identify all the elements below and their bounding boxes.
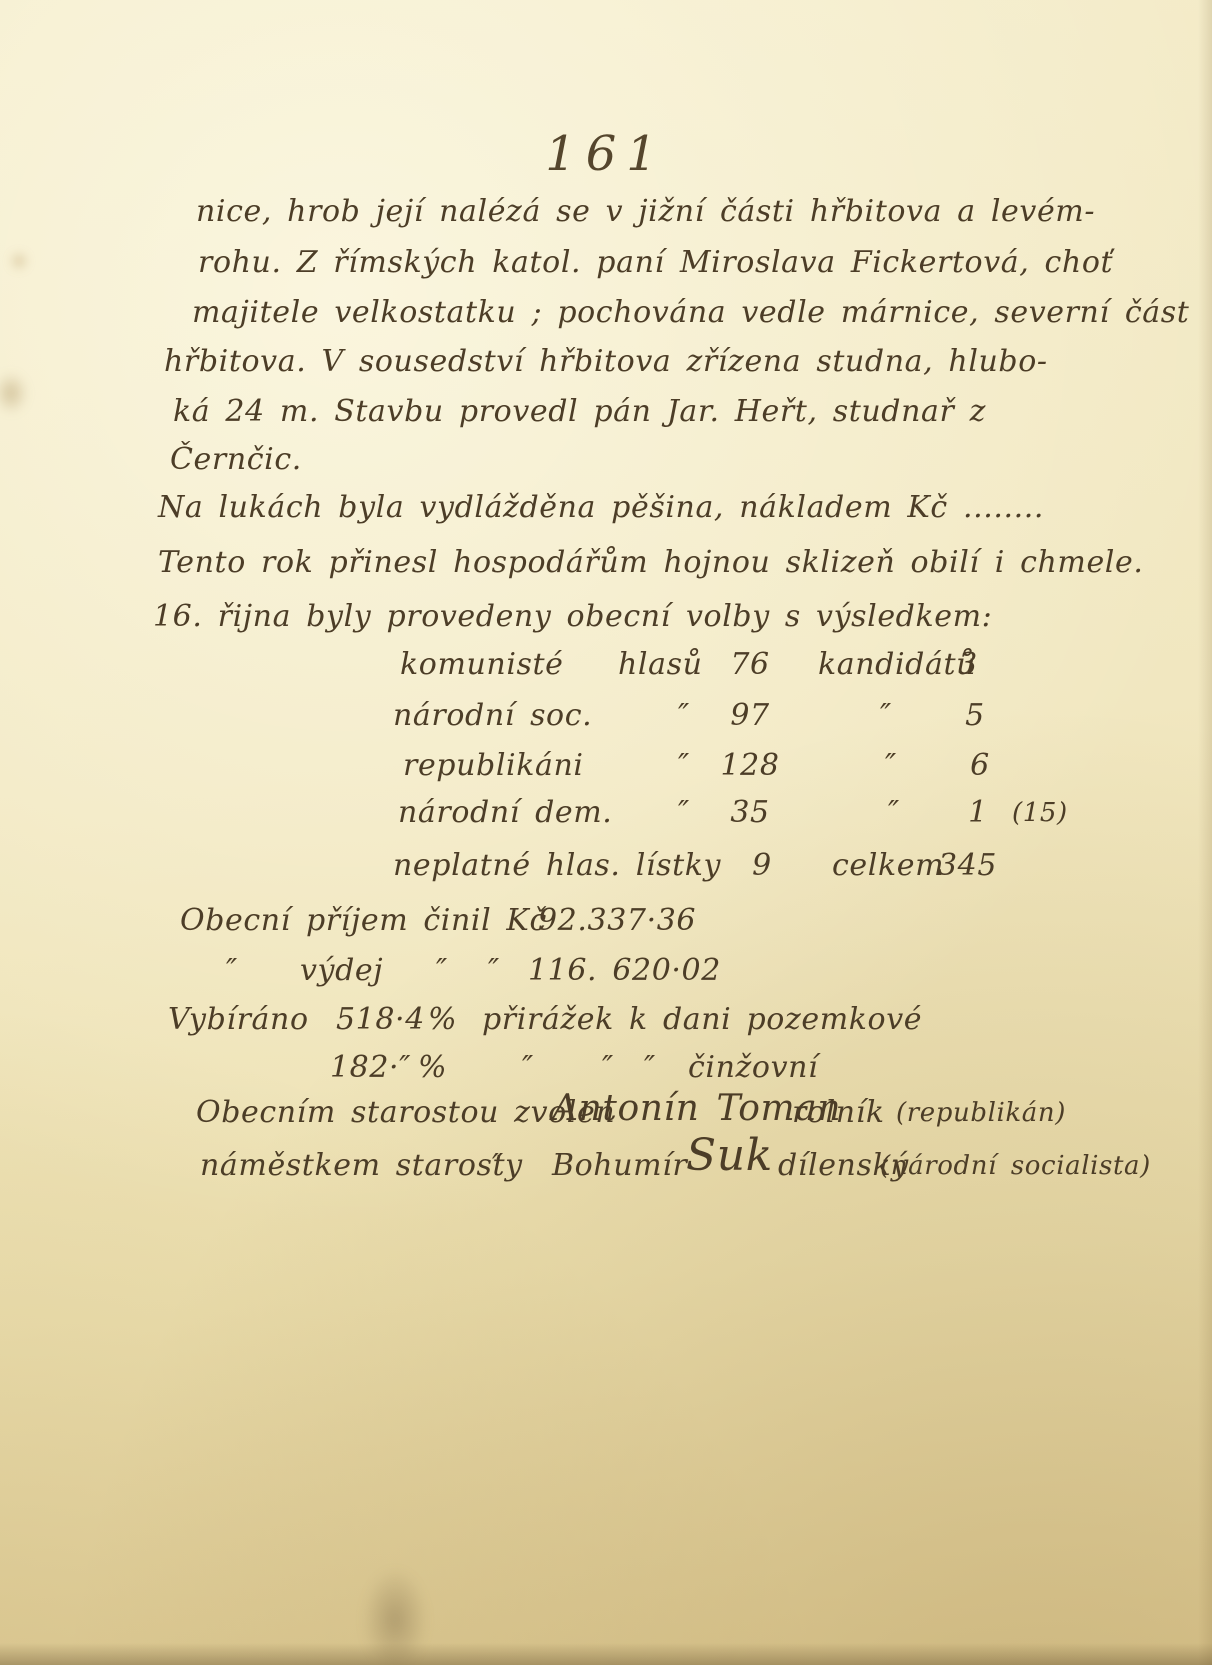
election-row: národní soc. ″ 97 ″ 5 [0, 696, 1212, 738]
deputy-last-name: Suk [686, 1136, 773, 1176]
manuscript-page: 161 nice, hrob její nalézá se v jižní čá… [0, 0, 1212, 1665]
expense-label: výdej [300, 951, 383, 991]
votes-label: ″ [678, 696, 690, 736]
election-row: republikáni ″ 128 ″ 6 [0, 746, 1212, 788]
text-line: Tento rok přinesl hospodářům hojnou skli… [158, 543, 1143, 583]
party-name: národní dem. [398, 793, 612, 833]
candidates-count: 3 [918, 645, 1018, 685]
votes-label: ″ [678, 793, 690, 833]
deputy-line: náměstkem starosty ″ Bohumír Suk dílensk… [0, 1146, 1212, 1188]
text-line: ká 24 m. Stavbu provedl pán Jar. Heřt, s… [173, 392, 986, 432]
election-row: národní dem. ″ 35 ″ 1 (15) [0, 793, 1212, 835]
votes-count: 128 [700, 746, 800, 786]
text-line: Černčic. [170, 440, 302, 480]
candidates-label: ″ [885, 746, 897, 786]
text-line: nice, hrob její nalézá se v jižní části … [196, 192, 1095, 232]
text-line: hřbitova. V sousedství hřbitova zřízena … [164, 342, 1048, 382]
expense-line: ″ výdej ″ ″ 116. 620·02 [0, 951, 1212, 993]
election-row: komunisté hlasů 76 kandidátů 3 [0, 645, 1212, 687]
mayor-line: Obecním starostou zvolen Antonín Toman r… [0, 1093, 1212, 1135]
income-line: Obecní příjem činil Kč 92.337·36 [0, 901, 1212, 943]
deputy-first-name: Bohumír [552, 1146, 687, 1186]
votes-label: ″ [678, 746, 690, 786]
mayor-party: (republikán) [896, 1093, 1066, 1133]
total-label: celkem [832, 846, 944, 886]
party-name: neplatné hlas. lístky [393, 846, 721, 886]
party-name: republikáni [403, 746, 584, 786]
ditto-mark: ″ [644, 1048, 656, 1088]
party-name: národní soc. [393, 696, 592, 736]
percent-sign: % [418, 1048, 447, 1088]
surtax-prefix: Vybíráno [168, 1000, 309, 1040]
income-amount: 92.337·36 [538, 901, 696, 941]
text-line: majitele velkostatku ; pochována vedle m… [192, 293, 1189, 333]
votes-count: 9 [712, 846, 812, 886]
expense-amount: 116. 620·02 [528, 951, 721, 991]
votes-count: 97 [700, 696, 800, 736]
candidates-label: ″ [888, 793, 900, 833]
surtax-rate: 518·4 [336, 1000, 425, 1040]
votes-count: 35 [700, 793, 800, 833]
ditto-mark: ″ [226, 951, 238, 991]
candidates-count: 6 [930, 746, 1030, 786]
income-label: Obecní příjem činil Kč [180, 901, 547, 941]
ditto-mark: ″ [488, 951, 500, 991]
paper-stain [10, 252, 28, 270]
mayor-occupation: rolník [792, 1093, 885, 1133]
text-line: 16. řijna byly provedeny obecní volby s … [153, 597, 992, 637]
ditto-mark: ″ [602, 1048, 614, 1088]
votes-label: hlasů [618, 645, 703, 685]
text-line: Na lukách byla vydlážděna pěšina, náklad… [158, 488, 1044, 528]
text-line: rohu. Z římských katol. paní Miroslava F… [198, 243, 1113, 283]
surtax-rent-line: 182·″ % ″ ″ ″ činžovní [0, 1048, 1212, 1090]
ditto-mark: ″ [492, 1146, 504, 1186]
surtax-description: přirážek k dani pozemkové [482, 1000, 922, 1040]
party-name: komunisté [400, 645, 564, 685]
deputy-prefix: náměstkem starosty [200, 1146, 523, 1186]
percent-sign: % [428, 1000, 457, 1040]
election-row: neplatné hlas. lístky 9 celkem 345 [0, 846, 1212, 888]
page-number: 161 [545, 126, 667, 182]
surtax-rate: 182·″ [330, 1048, 411, 1088]
votes-count: 76 [700, 645, 800, 685]
paper-stain [0, 372, 28, 414]
deputy-party: (národní socialista) [880, 1146, 1151, 1186]
surtax-rent-label: činžovní [688, 1048, 818, 1088]
total-count: 345 [938, 846, 997, 886]
ink-smudge [362, 1568, 428, 1665]
surtax-land-line: Vybíráno 518·4 % přirážek k dani pozemko… [0, 1000, 1212, 1042]
candidates-label: ″ [880, 696, 892, 736]
margin-note: (15) [1012, 793, 1068, 833]
ditto-mark: ″ [436, 951, 448, 991]
ditto-mark: ″ [522, 1048, 534, 1088]
candidates-count: 5 [925, 696, 1025, 736]
